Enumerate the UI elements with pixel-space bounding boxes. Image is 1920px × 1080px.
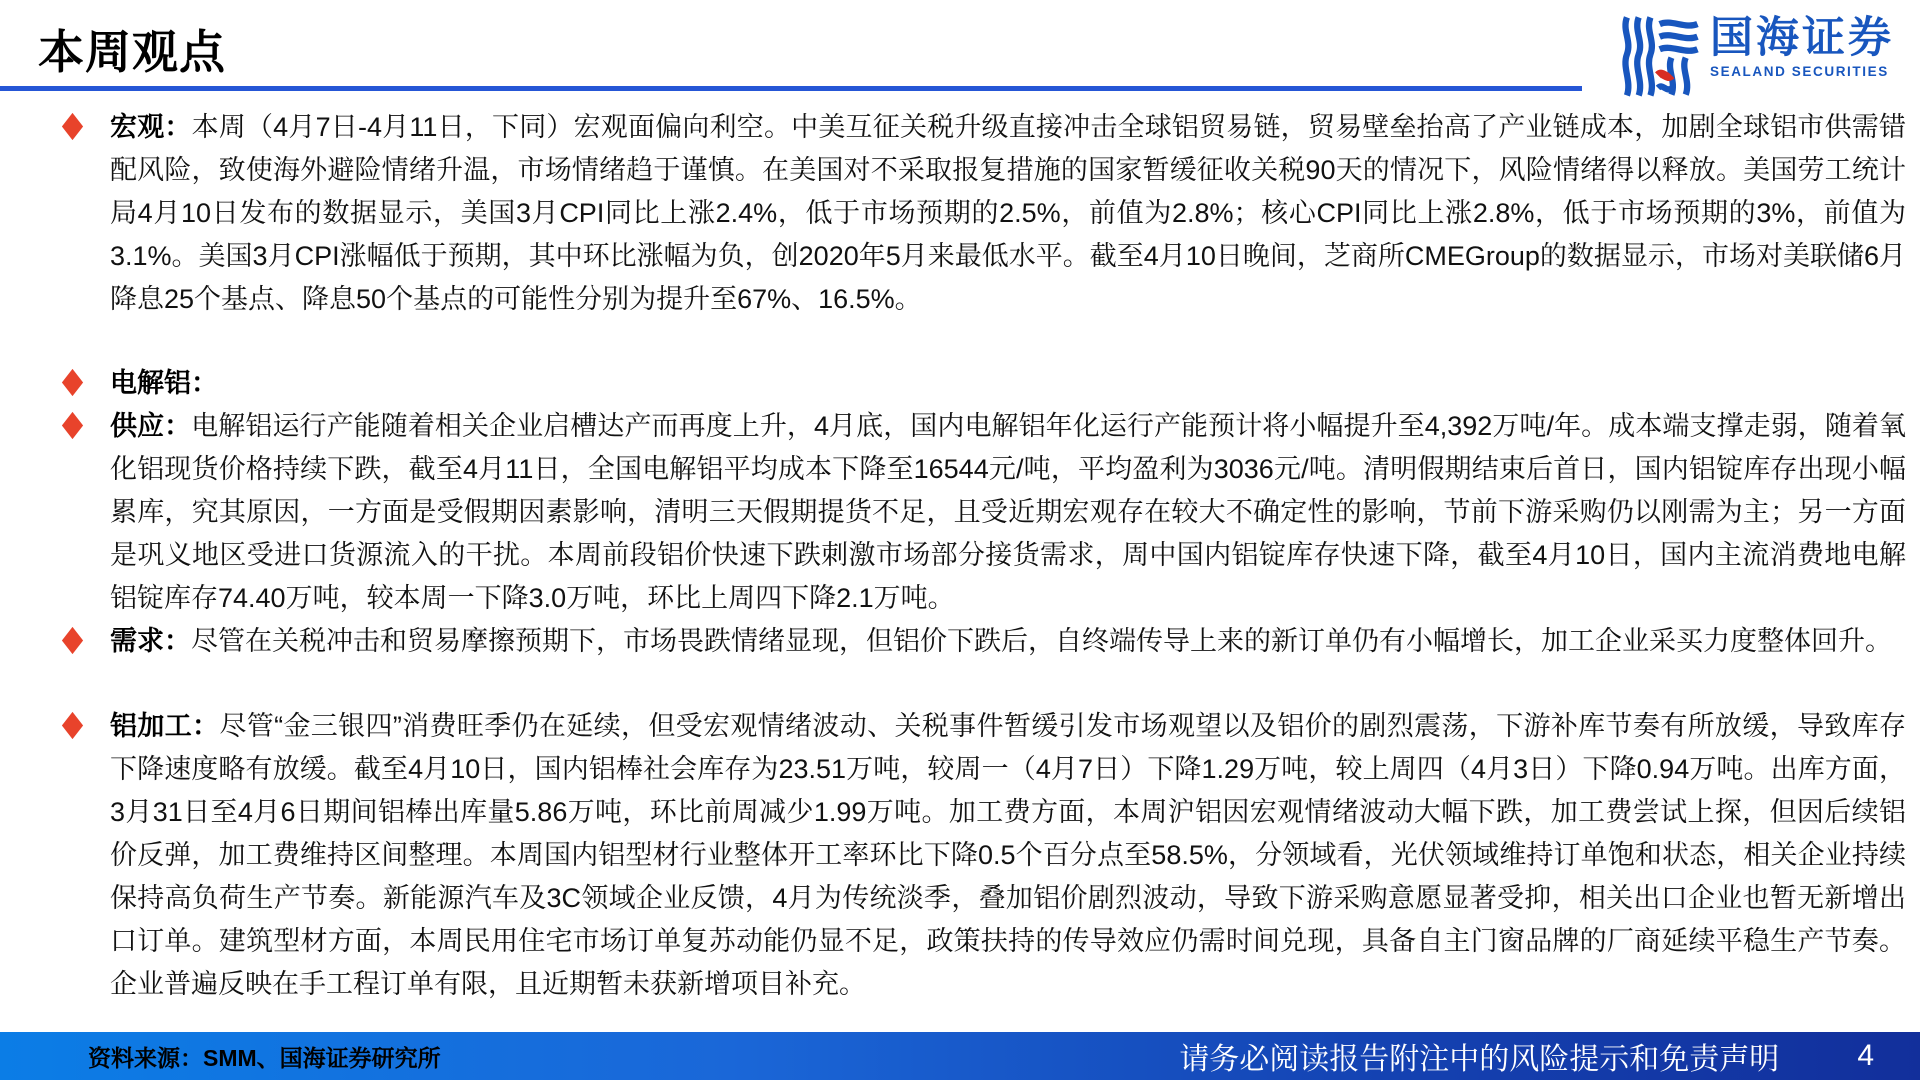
bullet-item-aluminum-processing: 铝加工：尽管“金三银四”消费旺季仍在延续，但受宏观情绪波动、关税事件暂缓引发市场… [56,705,1906,1006]
company-logo: 国海证券 SEALAND SECURITIES [1616,14,1894,98]
diamond-bullet-icon [62,712,83,739]
logo-text: 国海证券 SEALAND SECURITIES [1710,14,1894,79]
bullet-body: 尽管“金三银四”消费旺季仍在延续，但受宏观情绪波动、关税事件暂缓引发市场观望以及… [110,711,1906,999]
bullet-body: 尽管在关税冲击和贸易摩擦预期下，市场畏跌情绪显现，但铝价下跌后，自终端传导上来的… [191,626,1892,656]
bullet-marker-column [56,705,110,1006]
bullet-item-demand: 需求：尽管在关税冲击和贸易摩擦预期下，市场畏跌情绪显现，但铝价下跌后，自终端传导… [56,620,1906,663]
diamond-bullet-icon [62,369,83,396]
footer-bar: 资料来源：SMM、国海证券研究所 请务必阅读报告附注中的风险提示和免责声明 4 [0,1032,1920,1080]
logo-name-cn: 国海证券 [1710,14,1894,63]
diamond-bullet-icon [62,113,83,140]
bullet-paragraph-demand: 需求：尽管在关税冲击和贸易摩擦预期下，市场畏跌情绪显现，但铝价下跌后，自终端传导… [110,620,1906,663]
bullet-marker-column [56,362,110,405]
diamond-bullet-icon [62,412,83,439]
page-number: 4 [1857,1039,1874,1073]
bullet-item-supply: 供应：电解铝运行产能随着相关企业启槽达产而再度上升，4月底，国内电解铝年化运行产… [56,405,1906,620]
bullet-marker-column [56,405,110,620]
bullet-marker-column [56,620,110,663]
bullet-paragraph-supply: 供应：电解铝运行产能随着相关企业启槽达产而再度上升，4月底，国内电解铝年化运行产… [110,405,1906,620]
bullet-body: 电解铝运行产能随着相关企业启槽达产而再度上升，4月底，国内电解铝年化运行产能预计… [110,411,1906,613]
page-title: 本周观点 [38,16,226,82]
bullet-marker-column [56,106,110,321]
sealand-logo-icon [1616,14,1700,98]
slide-body: 宏观：本周（4月7日-4月11日，下同）宏观面偏向利空。中美互征关税升级直接冲击… [56,106,1906,1006]
bullet-label: 宏观： [110,112,192,142]
title-underline [0,86,1582,91]
bullet-label: 铝加工： [110,711,219,741]
bullet-item-electrolytic-aluminum: 电解铝： [56,362,1906,405]
bullet-item-macro: 宏观：本周（4月7日-4月11日，下同）宏观面偏向利空。中美互征关税升级直接冲击… [56,106,1906,321]
bullet-body: 本周（4月7日-4月11日，下同）宏观面偏向利空。中美互征关税升级直接冲击全球铝… [110,112,1906,314]
bullet-label: 电解铝： [110,368,218,398]
bullet-paragraph-electrolytic-aluminum: 电解铝： [110,362,1906,405]
data-source-note: 资料来源：SMM、国海证券研究所 [88,1040,441,1073]
logo-name-en: SEALAND SECURITIES [1710,64,1894,79]
report-slide: 本周观点 国海证券 SEALAND SECURITIES [0,0,1920,1080]
bullet-paragraph-macro: 宏观：本周（4月7日-4月11日，下同）宏观面偏向利空。中美互征关税升级直接冲击… [110,106,1906,321]
diamond-bullet-icon [62,627,83,654]
bullet-paragraph-aluminum-processing: 铝加工：尽管“金三银四”消费旺季仍在延续，但受宏观情绪波动、关税事件暂缓引发市场… [110,705,1906,1006]
disclaimer-text: 请务必阅读报告附注中的风险提示和免责声明 [1179,1034,1779,1078]
bullet-label: 需求： [110,626,191,656]
bullet-label: 供应： [110,411,191,441]
